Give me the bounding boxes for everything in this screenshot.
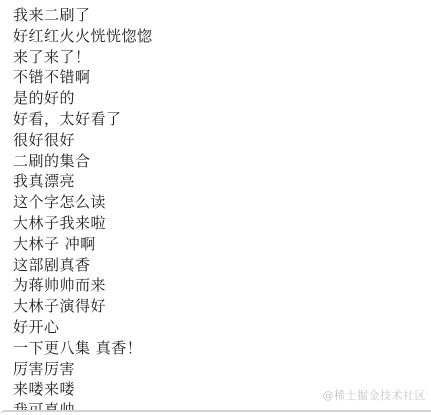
comment-line: 来了来了！ (13, 47, 431, 68)
comment-line: 一下更八集 真香！ (13, 338, 431, 359)
comment-line: 好开心 (13, 317, 431, 338)
comment-line: 是的好的 (13, 88, 431, 109)
comment-line: 为蒋帅帅而来 (13, 275, 431, 296)
comment-list: 我来二刷了好红红火火恍恍惚惚来了来了！不错不错啊是的好的好看，太好看了很好很好二… (13, 5, 431, 415)
comment-line: 这部剧真香 (13, 255, 431, 276)
bottom-divider (0, 410, 431, 415)
comment-line: 二刷的集合 (13, 151, 431, 172)
watermark: @稀土掘金技术社区 (323, 389, 427, 402)
comment-line: 好看，太好看了 (13, 109, 431, 130)
comment-line: 不错不错啊 (13, 67, 431, 88)
comment-line: 很好很好 (13, 130, 431, 151)
comment-line: 大林子我来啦 (13, 213, 431, 234)
comment-line: 我来二刷了 (13, 5, 431, 26)
comment-line: 大林子演得好 (13, 296, 431, 317)
comment-line: 这个字怎么读 (13, 192, 431, 213)
comment-line: 大林子 冲啊 (13, 234, 431, 255)
comment-line: 厉害厉害 (13, 359, 431, 380)
comment-line: 我真漂亮 (13, 171, 431, 192)
comment-line: 好红红火火恍恍惚惚 (13, 26, 431, 47)
